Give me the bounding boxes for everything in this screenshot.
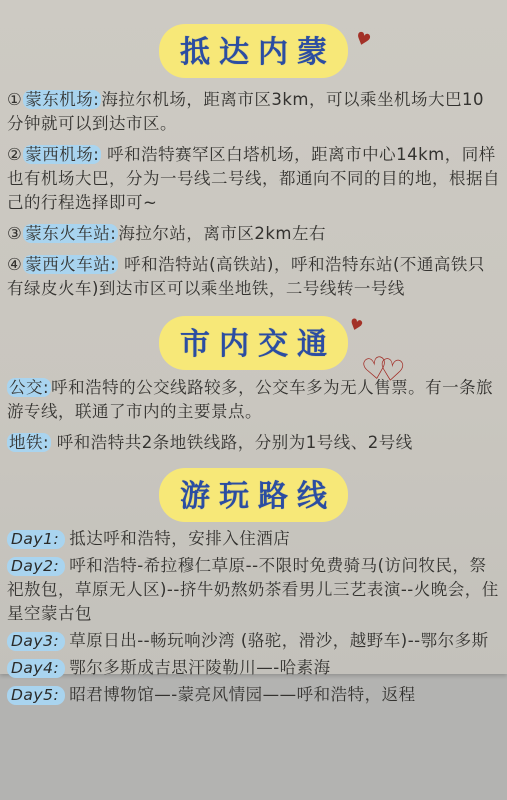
item-text: 海拉尔站，离市区2km左右 xyxy=(118,224,326,243)
title-highlight: 市内交通 ♥ ♡♡ xyxy=(159,316,348,370)
list-item: ④蒙西火车站: 呼和浩特站(高铁站)，呼和浩特东站(不通高铁只有绿皮火车)到达市… xyxy=(7,253,500,301)
item-label: 蒙西机场: xyxy=(23,145,101,164)
list-item: Day3:草原日出--畅玩响沙湾 (骆驼，滑沙，越野车)--鄂尔多斯 xyxy=(7,629,500,653)
item-text: 呼和浩特-希拉穆仁草原--不限时免费骑马(访问牧民，祭祀敖包，草原无人区)--挤… xyxy=(7,556,499,623)
day-badge: Day5: xyxy=(7,686,65,705)
item-number: ③ xyxy=(7,224,22,243)
day-badge: Day2: xyxy=(7,557,65,576)
section-title: 市内交通 xyxy=(159,316,348,370)
list-item: ③蒙东火车站:海拉尔站，离市区2km左右 xyxy=(7,222,500,246)
item-label: 蒙东机场: xyxy=(23,90,101,109)
item-text: 草原日出--畅玩响沙湾 (骆驼，滑沙，越野车)--鄂尔多斯 xyxy=(69,631,488,650)
list-item: ①蒙东机场:海拉尔机场，距离市区3km，可以乘坐机场大巴10分钟就可以到达市区。 xyxy=(7,88,500,136)
section-transport-title-row: 市内交通 ♥ ♡♡ xyxy=(5,308,502,370)
section-title: 抵达内蒙 xyxy=(159,24,348,78)
item-text: 呼和浩特共2条地铁线路，分别为1号线、2号线 xyxy=(51,433,413,452)
double-heart-icon: ♡♡ xyxy=(362,356,394,386)
section-route-title-row: 游玩路线 xyxy=(5,462,502,522)
item-label: 蒙西火车站: xyxy=(23,255,118,274)
list-item: Day4:鄂尔多斯成吉思汗陵勒川—-哈素海 xyxy=(7,656,500,680)
day-badge: Day4: xyxy=(7,659,65,678)
list-item: 地铁: 呼和浩特共2条地铁线路，分别为1号线、2号线 xyxy=(7,431,500,455)
list-item: Day2:呼和浩特-希拉穆仁草原--不限时免费骑马(访问牧民，祭祀敖包，草原无人… xyxy=(7,554,500,626)
item-label: 公交: xyxy=(7,378,51,397)
list-item: ②蒙西机场: 呼和浩特赛罕区白塔机场，距离市中心14km，同样也有机场大巴，分为… xyxy=(7,143,500,215)
day-badge: Day1: xyxy=(7,530,65,549)
note-content: 抵达内蒙 ♥ ①蒙东机场:海拉尔机场，距离市区3km，可以乘坐机场大巴10分钟就… xyxy=(0,0,507,707)
item-text: 鄂尔多斯成吉思汗陵勒川—-哈素海 xyxy=(69,658,330,677)
section-title: 游玩路线 xyxy=(159,468,348,522)
title-highlight: 游玩路线 xyxy=(159,468,348,522)
item-text: 呼和浩特的公交线路较多，公交车多为无人售票。有一条旅游专线，联通了市内的主要景点… xyxy=(7,378,493,421)
heart-icon: ♥ xyxy=(352,30,372,51)
title-highlight: 抵达内蒙 ♥ xyxy=(159,24,348,78)
heart-icon: ♥ xyxy=(347,316,364,334)
list-item: Day5:昭君博物馆—-蒙亮风情园——呼和浩特，返程 xyxy=(7,683,500,707)
item-number: ① xyxy=(7,90,22,109)
note-photo: 抵达内蒙 ♥ ①蒙东机场:海拉尔机场，距离市区3km，可以乘坐机场大巴10分钟就… xyxy=(0,0,507,800)
item-number: ② xyxy=(7,145,22,164)
section-arrival-title-row: 抵达内蒙 ♥ xyxy=(5,0,502,78)
item-label: 蒙东火车站: xyxy=(23,224,118,243)
item-text: 昭君博物馆—-蒙亮风情园——呼和浩特，返程 xyxy=(69,685,415,704)
list-item: 公交:呼和浩特的公交线路较多，公交车多为无人售票。有一条旅游专线，联通了市内的主… xyxy=(7,376,500,424)
item-text: 抵达呼和浩特，安排入住酒店 xyxy=(69,529,290,548)
day-badge: Day3: xyxy=(7,632,65,651)
item-label: 地铁: xyxy=(7,433,51,452)
list-item: Day1:抵达呼和浩特，安排入住酒店 xyxy=(7,527,500,551)
item-number: ④ xyxy=(7,255,22,274)
